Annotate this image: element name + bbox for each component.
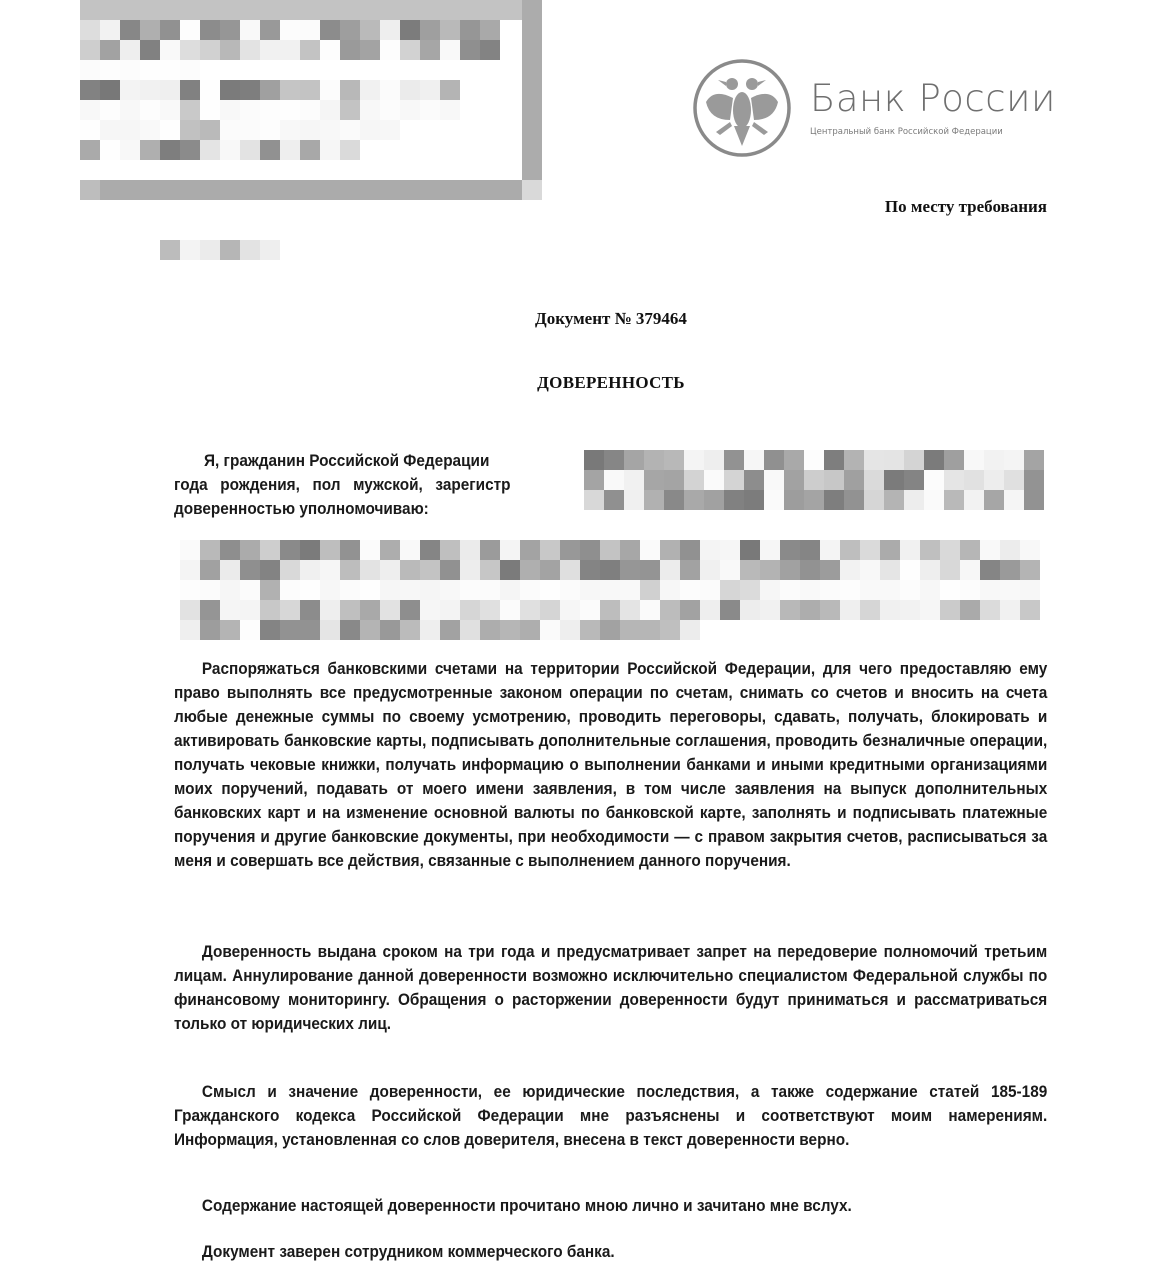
paragraph-read-aloud: Содержание настоящей доверенности прочит… xyxy=(174,1194,1047,1218)
double-headed-eagle-icon xyxy=(692,58,792,158)
intro-line-1: Я, гражданин Российской Федерации xyxy=(204,452,489,471)
document-number: Документ № 379464 xyxy=(0,309,1164,329)
intro-line-2: года рождения, пол мужской, зарегистр xyxy=(174,476,511,495)
paragraph-certified: Документ заверен сотрудником коммерческо… xyxy=(174,1240,1047,1264)
document-title: ДОВЕРЕННОСТЬ xyxy=(0,373,1164,393)
paragraph-consequences: Смысл и значение доверенности, ее юридич… xyxy=(174,1080,1047,1152)
intro-line-3: доверенностью уполномочиваю: xyxy=(174,500,429,519)
addressee: По месту требования xyxy=(885,197,1047,217)
logo-name: Банк России xyxy=(810,80,1056,117)
paragraph-powers: Распоряжаться банковскими счетами на тер… xyxy=(174,657,1047,873)
logo-subtitle: Центральный банк Российской Федерации xyxy=(810,127,1056,137)
bank-of-russia-logo: Банк России Центральный банк Российской … xyxy=(692,58,1056,158)
paragraph-term: Доверенность выдана сроком на три года и… xyxy=(174,940,1047,1036)
